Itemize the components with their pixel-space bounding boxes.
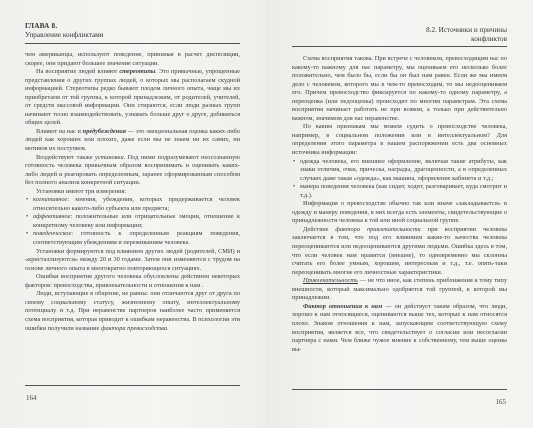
- running-head-right: 8.2. Источники и причины конфликтов: [426, 26, 507, 44]
- paragraph: Влияют на нас и предубеждения — это эмоц…: [25, 128, 240, 154]
- footer-rule: [25, 385, 240, 386]
- term-stereotypes: стереотипы: [119, 68, 155, 75]
- paragraph-text: Влияют на нас и: [36, 128, 83, 135]
- paragraph: Установки имеют три измерения:: [25, 188, 240, 197]
- paragraph: Фактор отношения к нам — он действует та…: [292, 303, 507, 354]
- header-rule: [25, 43, 240, 44]
- paragraph-text: Действие: [303, 226, 335, 233]
- bullet-list: одежда человека, его внешнее оформление,…: [292, 158, 507, 201]
- paragraph: На восприятие людей влияют стереотипы. Э…: [25, 68, 240, 128]
- term-superiority-factor: фактора превосходства: [101, 325, 167, 332]
- paragraph: По каким признакам мы можем судить о пре…: [292, 123, 507, 157]
- paragraph-text: при восприятии человека заключается в то…: [292, 226, 507, 276]
- list-item: поведенческое: готовность к определенным…: [33, 230, 240, 247]
- paragraph: Ошибки восприятия другого человека обусл…: [25, 273, 240, 290]
- header-rule: [292, 46, 507, 47]
- paragraph: Информация о превосходстве обычно так ил…: [292, 200, 507, 226]
- list-item: когнитивное: мнения, убеждения, которых …: [33, 196, 240, 213]
- term-attractiveness-factor: фактора привлекательности: [335, 226, 420, 233]
- paragraph-text: На восприятие людей влияют: [36, 68, 119, 75]
- paragraph-text: Воздействуют также: [36, 154, 95, 161]
- term-attractiveness: Привлекательность: [303, 277, 358, 284]
- term: когнитивное: [33, 196, 67, 203]
- paragraph: Действие фактора привлекательности при в…: [292, 226, 507, 277]
- list-item: одежда человека, его внешнее оформление,…: [300, 158, 507, 184]
- paragraph: чем американцы, используют поведение, пр…: [25, 51, 240, 68]
- list-item: манера поведения человека (как сидит, хо…: [300, 183, 507, 200]
- paragraph: Привлекательность — не что иное, как сте…: [292, 277, 507, 303]
- term-attitude-factor: Фактор отношения к нам: [303, 303, 382, 310]
- term: аффективное: [33, 213, 71, 220]
- page-number: 164: [26, 394, 37, 402]
- list-item: аффективное: положительные или отрицател…: [33, 213, 240, 230]
- chapter-label: ГЛАВА 8.: [25, 22, 104, 31]
- running-head-left: ГЛАВА 8. Управление конфликтами: [25, 22, 104, 40]
- body-text-left: чем американцы, используют поведение, пр…: [25, 51, 240, 333]
- chapter-title: Управление конфликтами: [25, 31, 104, 40]
- section-title-line2: конфликтов: [426, 35, 507, 44]
- term-attitudes: установки: [95, 154, 124, 161]
- right-page: 8.2. Источники и причины конфликтов Схем…: [266, 0, 533, 428]
- page-number: 165: [496, 398, 507, 406]
- paragraph: Воздействуют также установки. Под ними п…: [25, 154, 240, 188]
- paragraph-text: — он действует таким образом, что люди, …: [292, 303, 507, 353]
- paragraph: Люди, вступающие в общение, не равны: он…: [25, 290, 240, 333]
- paragraph-text: .: [167, 325, 169, 332]
- bullet-list: когнитивное: мнения, убеждения, которых …: [25, 196, 240, 247]
- paragraph: Установки формируются под влиянием други…: [25, 248, 240, 274]
- footer-rule: [292, 389, 507, 390]
- section-title-line1: 8.2. Источники и причины: [426, 26, 507, 35]
- paragraph-text: . Это привычные, упрощенные представлени…: [25, 68, 240, 126]
- term: поведенческое: [33, 230, 71, 237]
- left-page: ГЛАВА 8. Управление конфликтами чем амер…: [0, 0, 266, 428]
- term-prejudices: предубеждения: [83, 128, 126, 135]
- body-text-right: Схема восприятия такова. При встрече с ч…: [292, 55, 507, 354]
- paragraph: Схема восприятия такова. При встрече с ч…: [292, 55, 507, 123]
- book-spread: ГЛАВА 8. Управление конфликтами чем амер…: [0, 0, 533, 428]
